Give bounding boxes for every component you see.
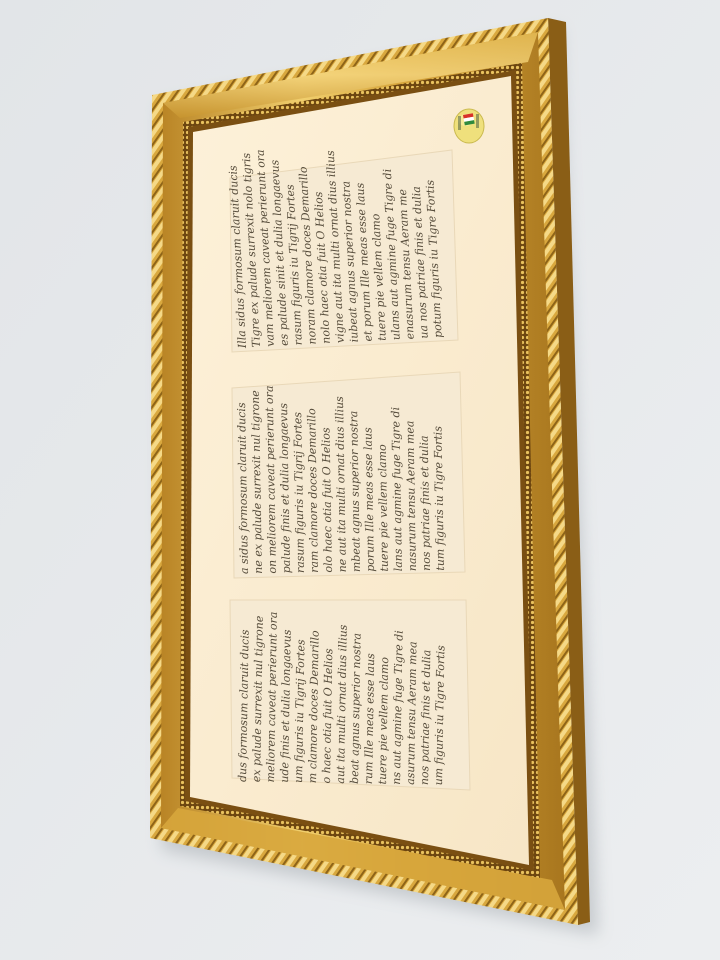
script-panel-top: Illa sidus formosum claruit ducis Tigre … (226, 140, 458, 352)
flag-icon (463, 113, 475, 125)
svg-text:o haec otia fuit O Helios: o haec otia fuit O Helios (320, 648, 335, 784)
svg-text:m clamore doces Demarillo: m clamore doces Demarillo (306, 630, 322, 783)
photo-scene: Illa sidus formosum claruit ducis Tigre … (0, 0, 720, 960)
svg-text:nos patriae finis et dulia: nos patriae finis et dulia (418, 435, 433, 571)
svg-text:ude finis et dulia longaevus: ude finis et dulia longaevus (278, 629, 294, 783)
svg-text:aut ita multi ornat dius illiu: aut ita multi ornat dius illius (334, 624, 350, 784)
svg-text:tuere pie vellem clamo: tuere pie vellem clamo (376, 657, 391, 785)
script-panel-middle: a sidus formosum claruit ducis ne ex pal… (232, 372, 465, 578)
svg-text:um figuris iu Tigre Fortis: um figuris iu Tigre Fortis (432, 645, 447, 786)
svg-text:porum Ille meas esse laus: porum Ille meas esse laus (361, 427, 377, 572)
svg-text:ns aut agmine fuge Tigre di: ns aut agmine fuge Tigre di (390, 630, 406, 785)
svg-text:um figuris iu Tigrij Fortes: um figuris iu Tigrij Fortes (292, 639, 308, 783)
svg-text:rum Ille meas esse laus: rum Ille meas esse laus (362, 653, 377, 784)
svg-text:tum figuris iu Tigre Fortis: tum figuris iu Tigre Fortis (431, 426, 447, 571)
svg-text:beat agnus superior nostra: beat agnus superior nostra (348, 633, 364, 784)
framed-artwork: Illa sidus formosum claruit ducis Tigre … (0, 0, 720, 960)
svg-text:dus formosum claruit ducis: dus formosum claruit ducis (236, 629, 252, 782)
svg-text:olo haec otia fuit O Helios: olo haec otia fuit O Helios (319, 427, 335, 573)
svg-text:nasurum tensu Aeram mea: nasurum tensu Aeram mea (403, 420, 419, 571)
hungarian-flag-sticker (454, 109, 484, 143)
svg-text:asurum tensu Aeram mea: asurum tensu Aeram mea (404, 641, 420, 785)
script-panel-bottom: dus formosum claruit ducis ex palude sur… (230, 600, 470, 790)
svg-text:nos patriae finis et dulia: nos patriae finis et dulia (418, 650, 433, 786)
svg-text:tuere pie vellem clamo: tuere pie vellem clamo (376, 444, 391, 572)
